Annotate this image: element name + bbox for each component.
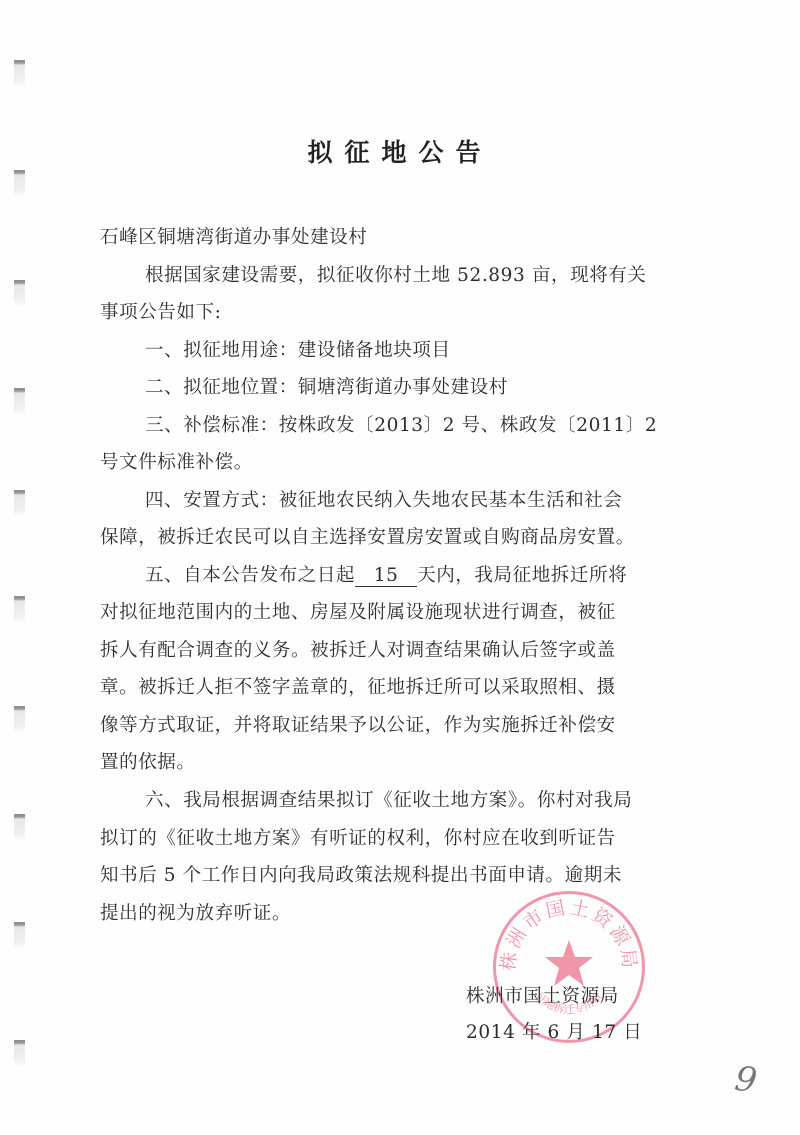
item-survey-line-5: 像等方式取证，并将取证结果予以公证，作为实施拆迁补偿安 <box>100 714 616 738</box>
item-hearing-line-1: 六、我局根据调查结果拟订《征收土地方案》。你村对我局 <box>145 789 632 813</box>
item-resettlement-line-1: 四、安置方式：被征地农民纳入失地农民基本生活和社会 <box>145 489 623 513</box>
binding-hole <box>14 280 25 308</box>
intro-line-1: 根据国家建设需要，拟征收你村土地 52.893 亩，现将有关 <box>145 264 647 288</box>
binding-hole <box>14 170 25 198</box>
item-resettlement-line-2: 保障，被拆迁农民可以自主选择安置房安置或自购商品房安置。 <box>100 526 635 550</box>
survey-prefix: 五、自本公告发布之日起 <box>145 565 355 586</box>
binding-hole <box>14 922 25 950</box>
binding-hole <box>14 706 25 734</box>
item-survey-line-6: 置的依据。 <box>100 751 196 775</box>
survey-suffix: 天内，我局征地拆迁所将 <box>417 565 627 586</box>
item-hearing-line-2: 拟订的《征收土地方案》有听证的权利，你村应在收到听证告 <box>100 827 616 851</box>
binding-hole <box>14 490 25 518</box>
item-location: 二、拟征地位置：铜塘湾街道办事处建设村 <box>145 376 508 400</box>
item-purpose: 一、拟征地用途：建设储备地块项目 <box>145 339 451 363</box>
intro-line-2: 事项公告如下: <box>100 301 221 325</box>
document-title: 拟征地公告 <box>0 133 800 169</box>
binding-hole <box>14 814 25 842</box>
survey-days-field: 15 <box>355 566 417 587</box>
handwritten-page-number: 9 <box>732 1059 759 1102</box>
item-hearing-line-4: 提出的视为放弃听证。 <box>100 902 291 926</box>
binding-hole <box>14 1040 25 1068</box>
binding-hole <box>14 388 25 416</box>
binding-hole <box>14 60 25 88</box>
issuer-name: 株洲市国土资源局 <box>466 982 619 1008</box>
item-survey-line-2: 对拟征地范围内的土地、房屋及附属设施现状进行调查，被征 <box>100 601 616 625</box>
issue-date: 2014 年 6 月 17 日 <box>466 1018 642 1044</box>
addressee: 石峰区铜塘湾街道办事处建设村 <box>100 226 367 250</box>
item-survey-line-3: 拆人有配合调查的义务。被拆迁人对调查结果确认后签字或盖 <box>100 639 616 663</box>
document-page: 拟征地公告 石峰区铜塘湾街道办事处建设村 根据国家建设需要，拟征收你村土地 52… <box>0 0 800 1135</box>
item-survey-line-1: 五、自本公告发布之日起15天内，我局征地拆迁所将 <box>145 564 627 588</box>
item-survey-line-4: 章。被拆迁人拒不签字盖章的，征地拆迁所可以采取照相、摄 <box>100 676 616 700</box>
binding-hole <box>14 596 25 624</box>
item-hearing-line-3: 知书后 5 个工作日内向我局政策法规科提出书面申请。逾期未 <box>100 864 622 888</box>
item-compensation-line-2: 号文件标准补偿。 <box>100 451 253 475</box>
item-compensation-line-1: 三、补偿标准：按株政发〔2013〕2 号、株政发〔2011〕2 <box>145 414 657 438</box>
